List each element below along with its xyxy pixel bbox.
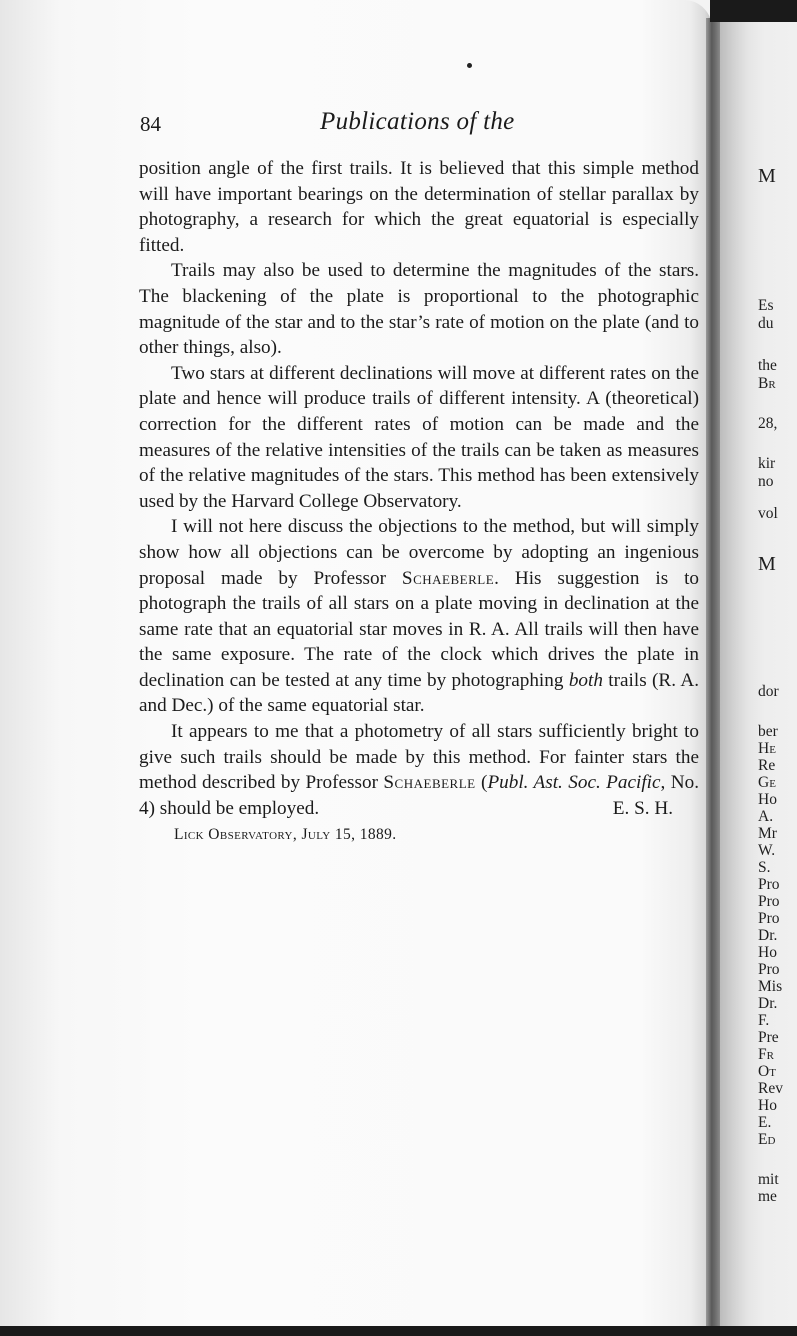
right-page-line: Ho [758, 791, 777, 809]
citation: Publ. Ast. Soc. Pacific [487, 772, 660, 793]
author-name-schaeberle: Schaeberle [383, 772, 475, 793]
right-page-line: the [758, 357, 777, 375]
right-page-line: F. [758, 1012, 769, 1030]
ink-speck [467, 63, 472, 68]
right-page-line: Dr. [758, 927, 777, 945]
right-page-line: Pro [758, 910, 780, 928]
right-page-line: Br [758, 375, 776, 393]
right-page-line: Ho [758, 1097, 777, 1115]
page-number: 84 [140, 112, 161, 137]
right-page-line: dor [758, 683, 779, 701]
author-name-schaeberle: Schaeberle [402, 568, 494, 589]
right-page-line: He [758, 740, 776, 758]
right-page-line: Fr [758, 1046, 774, 1064]
paragraph-5: It appears to me that a photometry of al… [139, 719, 699, 821]
right-page-line: W. [758, 842, 775, 860]
right-page-line: ber [758, 723, 778, 741]
right-page-line: no [758, 473, 774, 491]
right-page-line: Mis [758, 978, 782, 996]
right-page-line: Ot [758, 1063, 776, 1081]
right-page-line: vol [758, 505, 778, 523]
right-page-line: A. [758, 808, 773, 826]
running-head: 84 Publications of the [140, 108, 700, 142]
right-page-line: me [758, 1188, 777, 1206]
scan-background-bottom [0, 1326, 797, 1336]
paragraph-4: I will not here discuss the objections t… [139, 514, 699, 719]
paragraph-2: Trails may also be used to determine the… [139, 258, 699, 360]
right-page-line: Ed [758, 1131, 775, 1149]
right-page-fragment: MEsdutheBr28,kirnovolMdorberHeReGeHoA.Mr… [720, 20, 797, 1326]
right-page-line: Pro [758, 893, 780, 911]
running-title: Publications of the [320, 108, 515, 136]
right-page-line: du [758, 315, 774, 333]
right-page-line: 28, [758, 415, 777, 433]
right-page-line: Mr [758, 825, 777, 843]
right-page-line: Pro [758, 876, 780, 894]
book-gutter [706, 18, 720, 1326]
author-signature: E. S. H. [613, 796, 673, 822]
right-page-line: S. [758, 859, 771, 877]
right-page-line: M [758, 165, 776, 188]
right-page-line: Ge [758, 774, 776, 792]
scan-background-top [710, 0, 797, 22]
paragraph-3: Two stars at different declinations will… [139, 361, 699, 515]
right-page-line: Es [758, 297, 774, 315]
dateline: Lick Observatory, July 15, 1889. [174, 826, 397, 844]
right-page-line: mit [758, 1171, 779, 1189]
right-page-line: Dr. [758, 995, 777, 1013]
right-page-line: E. [758, 1114, 771, 1132]
scanned-book-spread: MEsdutheBr28,kirnovolMdorberHeReGeHoA.Mr… [0, 0, 797, 1326]
right-page-line: Pre [758, 1029, 779, 1047]
right-page-line: Ho [758, 944, 777, 962]
right-page-line: Rev [758, 1080, 783, 1098]
paragraph-5-part2: ( [476, 772, 488, 793]
article-body: position angle of the first trails. It i… [139, 156, 699, 821]
right-page-line: Re [758, 757, 775, 775]
right-page-line: kir [758, 455, 775, 473]
paragraph-1: position angle of the first trails. It i… [139, 156, 699, 258]
emphasis-both: both [569, 670, 603, 691]
right-page-line: Pro [758, 961, 780, 979]
right-page-line: M [758, 553, 776, 576]
